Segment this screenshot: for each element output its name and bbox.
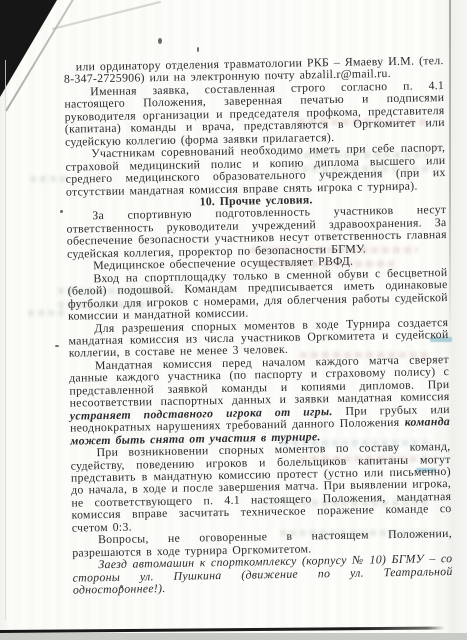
text-run: Участникам соревнований необходимо иметь… <box>65 140 445 198</box>
scan-speck <box>55 345 59 347</box>
page-right-edge-shade <box>451 0 467 640</box>
paragraph: Именная заявка, составленная строго согл… <box>64 79 445 148</box>
scan-corner-artifact <box>0 0 60 100</box>
text-run: Именная заявка, составленная строго согл… <box>64 78 445 148</box>
bleed-through-smudge <box>28 310 68 316</box>
page-right-edge-line <box>449 0 451 345</box>
paragraph: Участникам соревнований необходимо иметь… <box>65 141 446 197</box>
bleed-through-smudge <box>30 176 68 182</box>
paragraph: Заезд автомашин к спорткомплексу (корпус… <box>72 552 453 596</box>
scan-speck <box>197 47 199 52</box>
text-run: Заезд автомашин к спорткомплексу (корпус… <box>73 551 453 597</box>
scan-speck <box>60 210 63 213</box>
scan-speck <box>158 38 162 44</box>
document-body: или ординатору отделения травматологии Р… <box>64 54 453 596</box>
paragraph: Мандатная комиссия перед началом каждого… <box>69 353 450 447</box>
scanner-background <box>0 633 467 640</box>
text-run: При возникновении спорных моментов по со… <box>71 439 452 534</box>
document-content: или ординатору отделения травматологии Р… <box>64 54 453 596</box>
text-run: Мандатная комиссия перед началом каждого… <box>69 352 450 410</box>
scanned-page: или ординатору отделения травматологии Р… <box>0 0 467 640</box>
paragraph: При возникновении спорных моментов по со… <box>70 440 451 534</box>
text-run: Вход на спортплощадку только в сменной о… <box>68 265 448 323</box>
paragraph: За спортивную подготовленность участнико… <box>66 203 447 259</box>
paragraph: Вход на спортплощадку только в сменной о… <box>67 266 448 322</box>
page-left-edge-line <box>5 60 6 620</box>
text-run: За спортивную подготовленность участнико… <box>66 202 446 260</box>
